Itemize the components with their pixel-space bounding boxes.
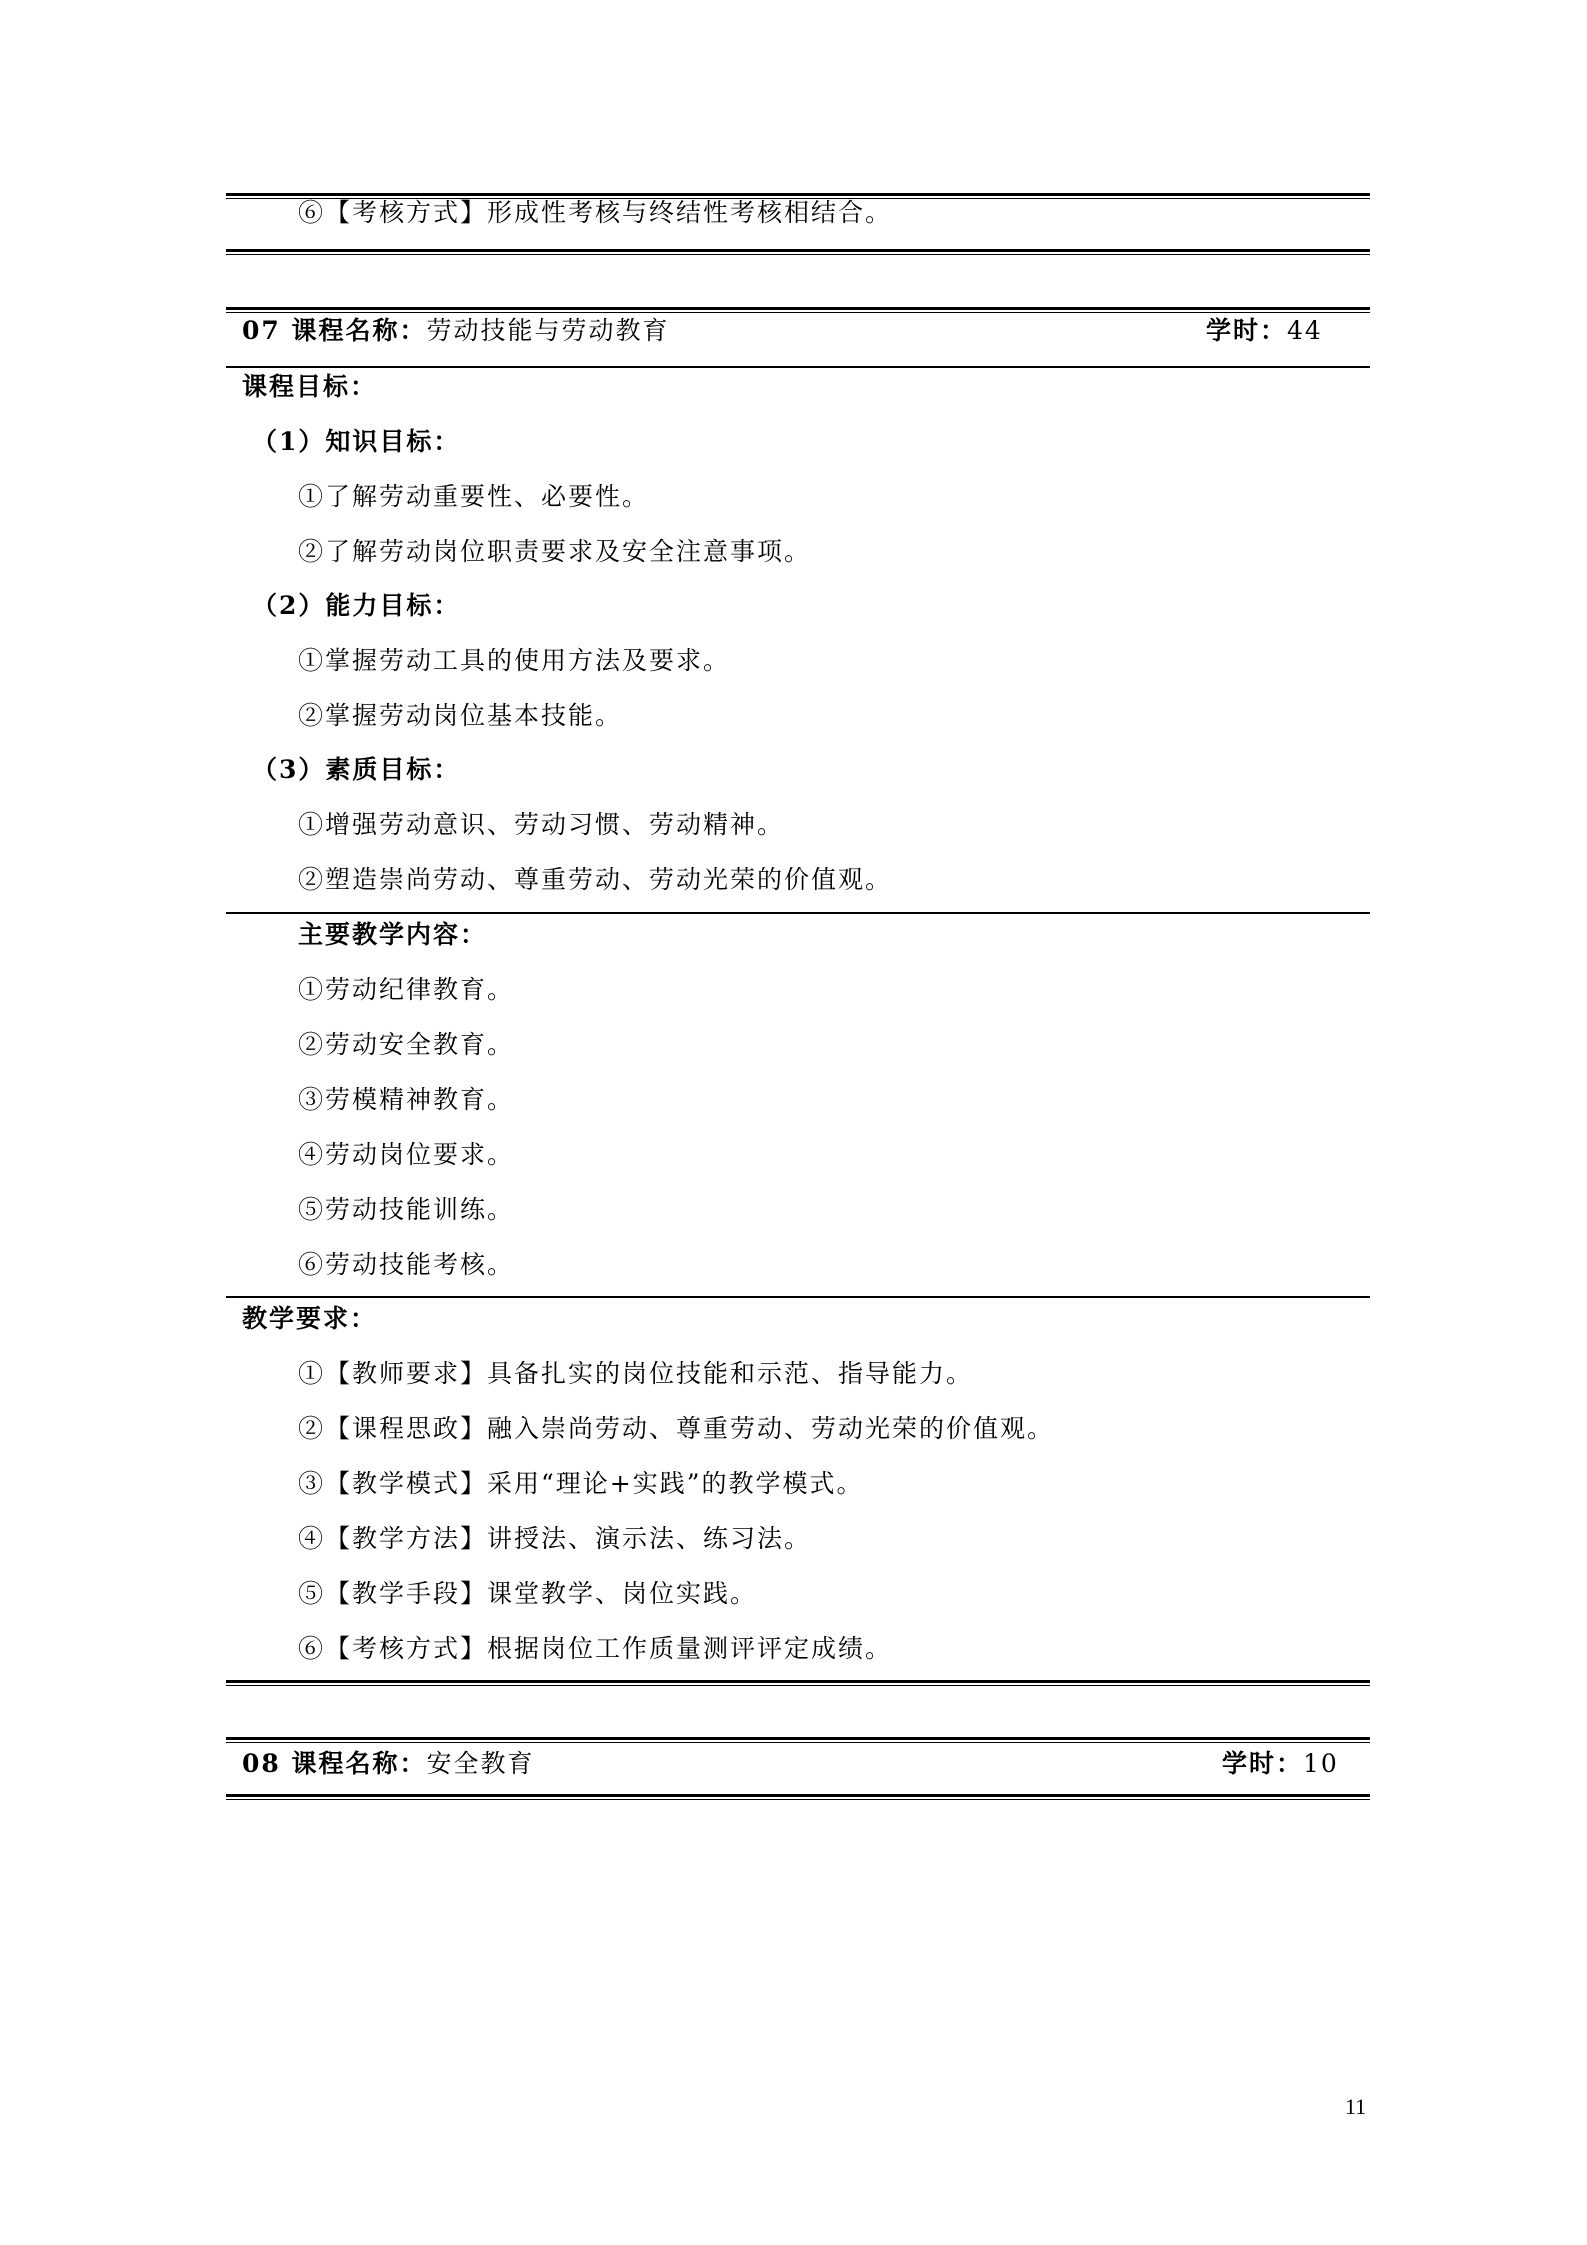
objective-group-title: （3）素质目标： [252, 753, 460, 787]
table-bottom-rule [226, 249, 1370, 255]
course-name-value: 安全教育 [427, 1749, 535, 1778]
course07-hours: 学时：44 [1206, 314, 1323, 348]
objective-item: ①掌握劳动工具的使用方法及要求。 [298, 644, 730, 678]
objective-group-title: （2）能力目标： [252, 589, 460, 623]
objective-item: ②掌握劳动岗位基本技能。 [298, 699, 622, 733]
requirement-item: ④【教学方法】讲授法、演示法、练习法。 [298, 1522, 811, 1556]
content-title: 主要教学内容： [298, 918, 487, 952]
content-item: ⑥劳动技能考核。 [298, 1248, 514, 1282]
requirement-item: ⑥【考核方式】根据岗位工作质量测评评定成绩。 [298, 1632, 892, 1666]
course08-top-rule [226, 1737, 1370, 1743]
course-name-value: 劳动技能与劳动教育 [427, 316, 670, 345]
requirement-item: ①【教师要求】具备扎实的岗位技能和示范、指导能力。 [298, 1357, 973, 1391]
course07-title: 07 课程名称：劳动技能与劳动教育 [242, 314, 670, 348]
objective-item: ②了解劳动岗位职责要求及安全注意事项。 [298, 535, 811, 569]
objectives-title: 课程目标： [242, 370, 377, 404]
objective-item: ②塑造崇尚劳动、尊重劳动、劳动光荣的价值观。 [298, 863, 892, 897]
requirements-title: 教学要求： [242, 1302, 377, 1336]
content-item: ①劳动纪律教育。 [298, 973, 514, 1007]
course-name-label: 07 课程名称： [242, 316, 427, 345]
objective-item: ①了解劳动重要性、必要性。 [298, 480, 649, 514]
page-number: 11 [1345, 2094, 1366, 2120]
document-page: ⑥【考核方式】形成性考核与终结性考核相结合。 07 课程名称：劳动技能与劳动教育… [0, 0, 1587, 2245]
hours-value: 10 [1303, 1749, 1339, 1778]
prev-assessment-line: ⑥【考核方式】形成性考核与终结性考核相结合。 [298, 196, 892, 230]
objective-item: ①增强劳动意识、劳动习惯、劳动精神。 [298, 808, 784, 842]
content-rule [226, 912, 1370, 914]
requirements-rule [226, 1296, 1370, 1298]
hours-label: 学时： [1206, 316, 1287, 345]
hours-value: 44 [1287, 316, 1323, 345]
content-item: ③劳模精神教育。 [298, 1083, 514, 1117]
course07-top-rule [226, 307, 1370, 313]
content-item: ②劳动安全教育。 [298, 1028, 514, 1062]
content-item: ⑤劳动技能训练。 [298, 1193, 514, 1227]
requirement-item: ③【教学模式】采用“理论+实践”的教学模式。 [298, 1467, 864, 1501]
course08-hours: 学时：10 [1222, 1747, 1339, 1781]
content-item: ④劳动岗位要求。 [298, 1138, 514, 1172]
course08-title: 08 课程名称：安全教育 [242, 1747, 535, 1781]
objective-group-title: （1）知识目标： [252, 425, 460, 459]
course07-header-rule [226, 366, 1370, 368]
requirement-item: ⑤【教学手段】课堂教学、岗位实践。 [298, 1577, 757, 1611]
requirement-item: ②【课程思政】融入崇尚劳动、尊重劳动、劳动光荣的价值观。 [298, 1412, 1054, 1446]
course08-bottom-rule [226, 1794, 1370, 1800]
hours-label: 学时： [1222, 1749, 1303, 1778]
course07-bottom-rule [226, 1680, 1370, 1686]
course-name-label: 08 课程名称： [242, 1749, 427, 1778]
